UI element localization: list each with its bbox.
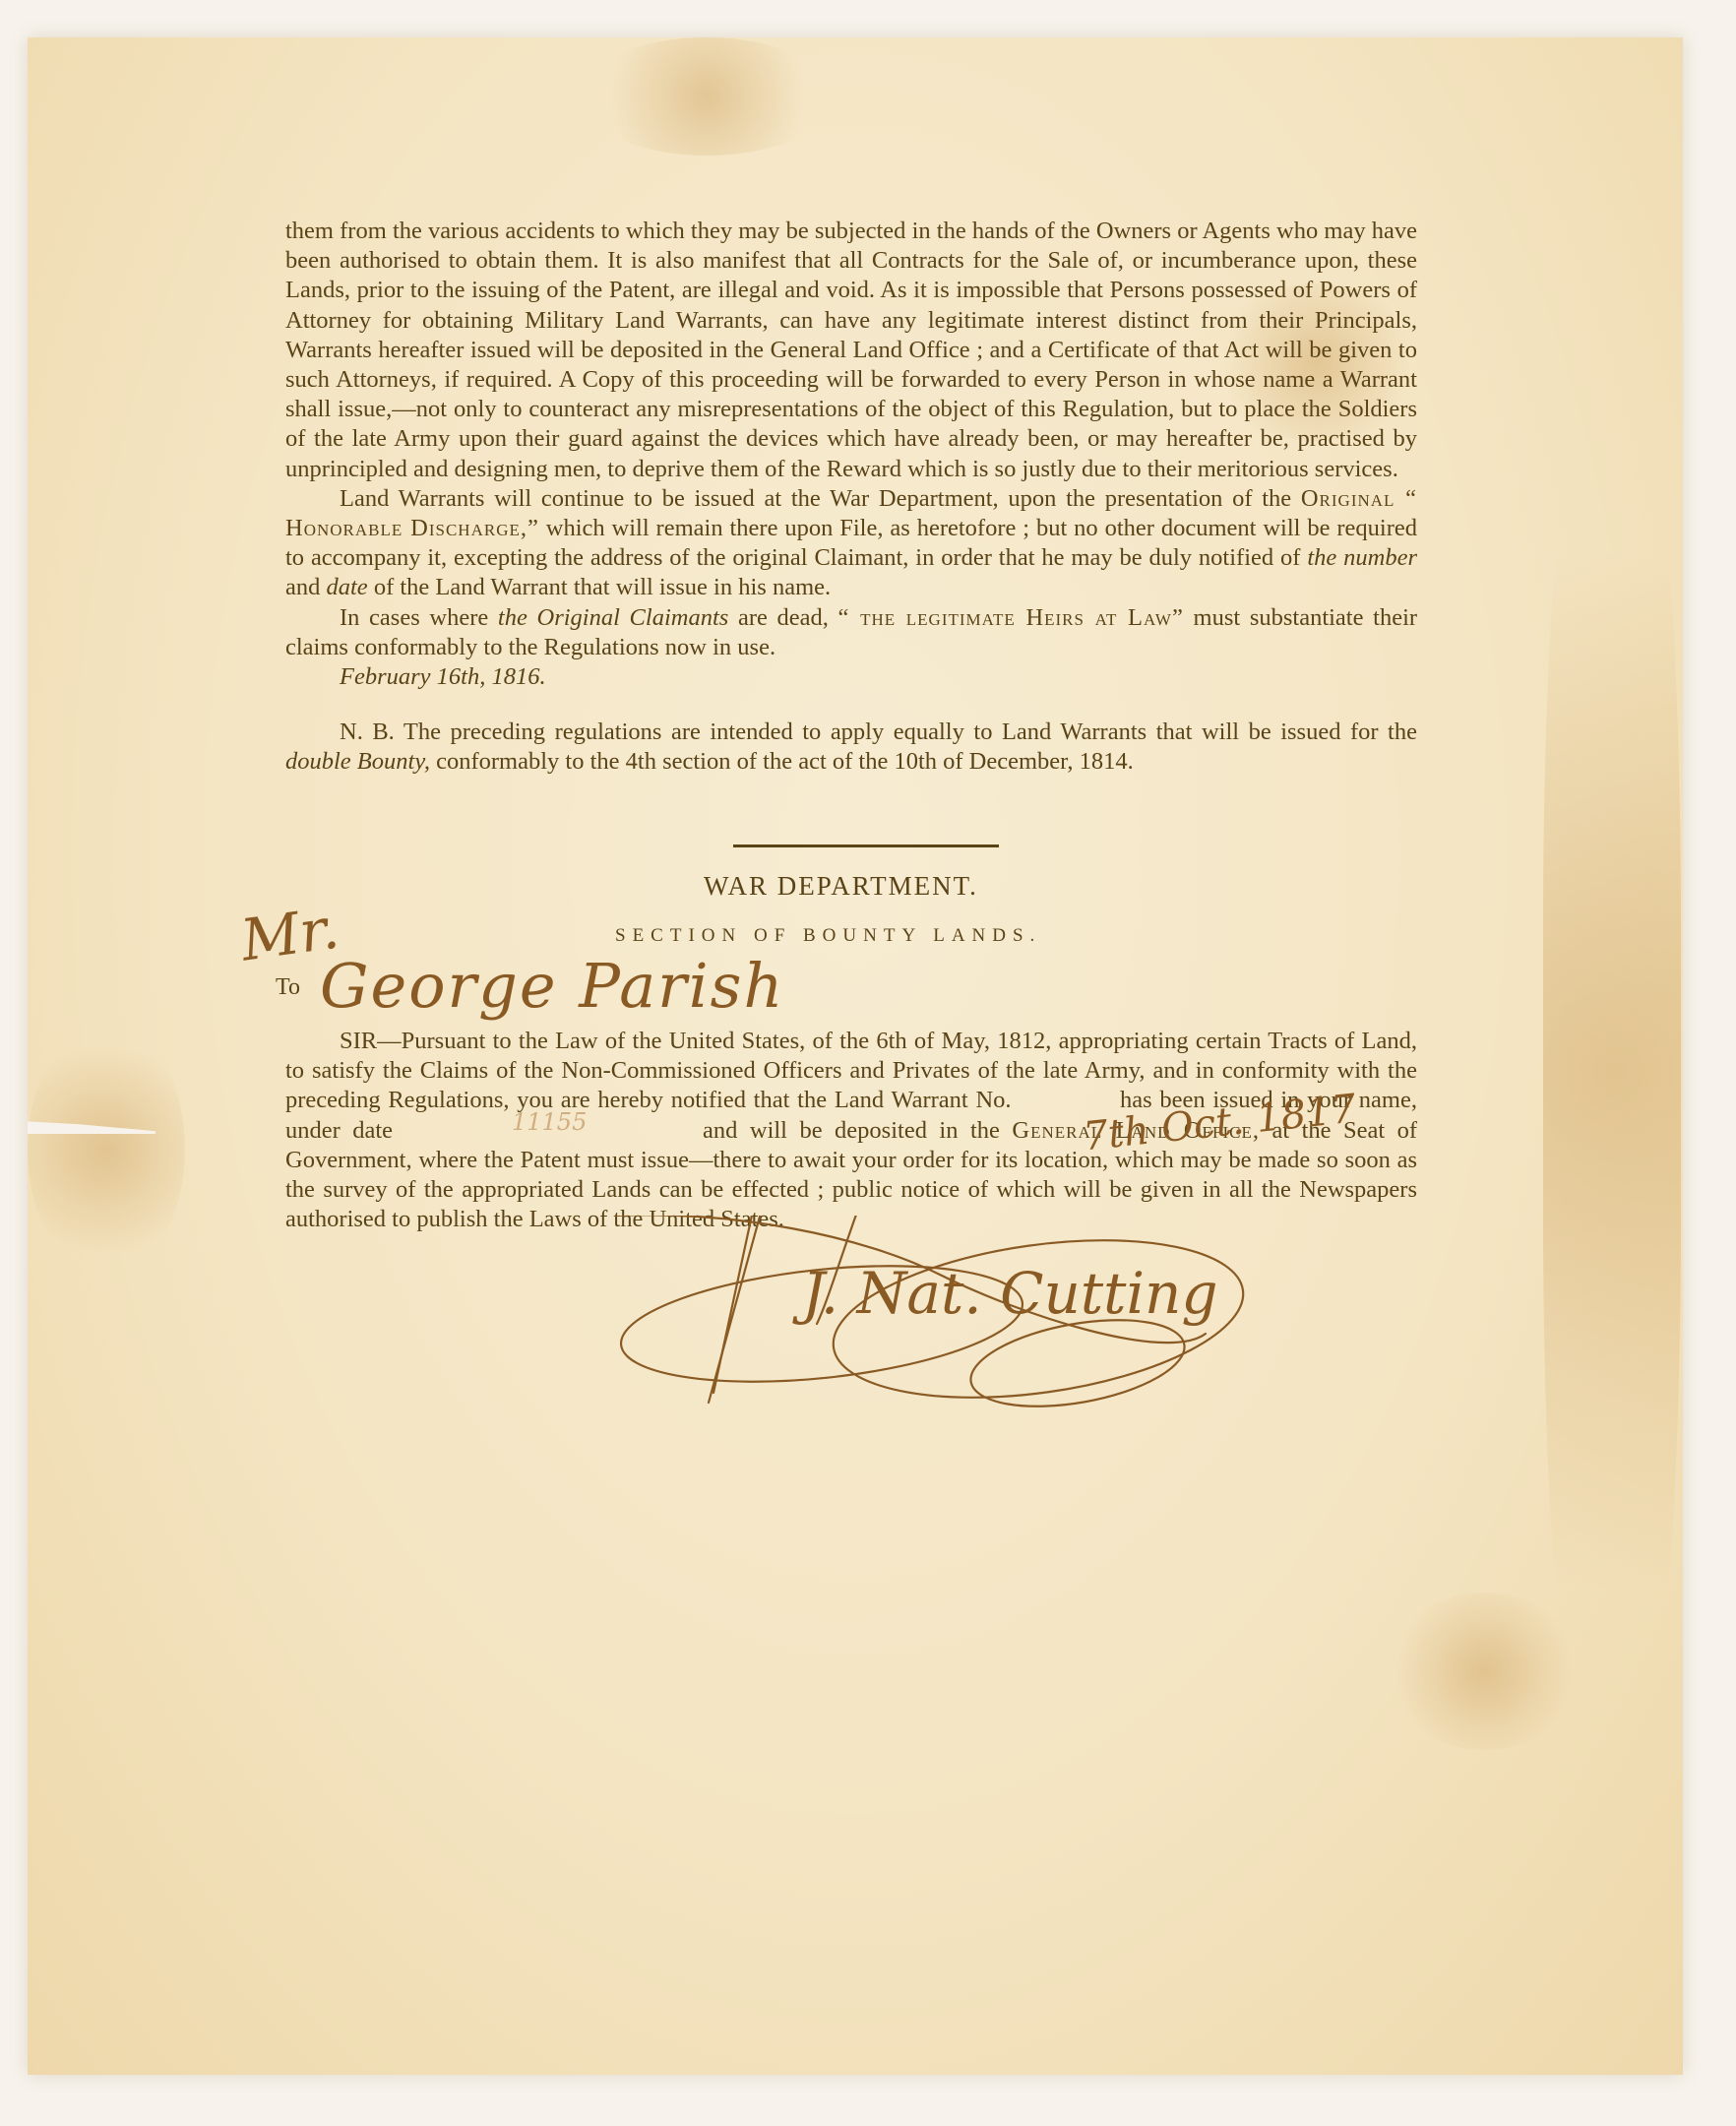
date-line: February 16th, 1816. (340, 663, 546, 690)
regulations-paragraph-3: In cases where the Original Claimants ar… (285, 603, 1417, 662)
text-span: of the Land Warrant that will issue in h… (374, 574, 831, 600)
text-span: and will be deposited in the (703, 1117, 1000, 1144)
to-label: To (276, 974, 300, 1001)
water-stain (28, 1022, 185, 1278)
water-stain (1386, 1593, 1582, 1750)
italic-text: date (327, 574, 368, 600)
text-span: are dead, (738, 604, 829, 631)
text-span: and (285, 574, 320, 600)
signature-name: J. Nat. Cutting (802, 1260, 1218, 1327)
handwritten-warrant-number: 11155 (512, 1108, 587, 1136)
italic-text: double Bounty, (285, 748, 430, 775)
regulations-text: them from the various accidents to which… (285, 217, 1417, 778)
regulations-paragraph-1: them from the various accidents to which… (285, 217, 1417, 484)
section-of-bounty-lands-heading: SECTION OF BOUNTY LANDS. (615, 925, 1041, 947)
water-stain (579, 37, 835, 156)
nota-bene: N. B. The preceding regulations are inte… (285, 718, 1417, 777)
italic-text: the Original Claimants (498, 604, 728, 631)
regulations-paragraph-2: Land Warrants will continue to be issued… (285, 484, 1417, 603)
text-span: N. B. The preceding regulations are inte… (340, 719, 1417, 745)
war-department-heading: WAR DEPARTMENT. (704, 871, 978, 902)
regulations-date: February 16th, 1816. (285, 662, 1417, 692)
text-span: Land Warrants will continue to be issued… (340, 485, 1291, 512)
text-span: conformably to the 4th section of the ac… (436, 748, 1134, 775)
edge-toning (1543, 333, 1681, 1809)
signature-flourish: J. Nat. Cutting (615, 1216, 1245, 1422)
section-divider (733, 844, 999, 847)
handwritten-recipient-name: George Parish (320, 950, 784, 1022)
heirs-at-law-smallcaps: “ the legitimate Heirs at Law” (838, 604, 1184, 631)
italic-text: the number (1307, 544, 1417, 571)
text-span: In cases where (340, 604, 488, 631)
